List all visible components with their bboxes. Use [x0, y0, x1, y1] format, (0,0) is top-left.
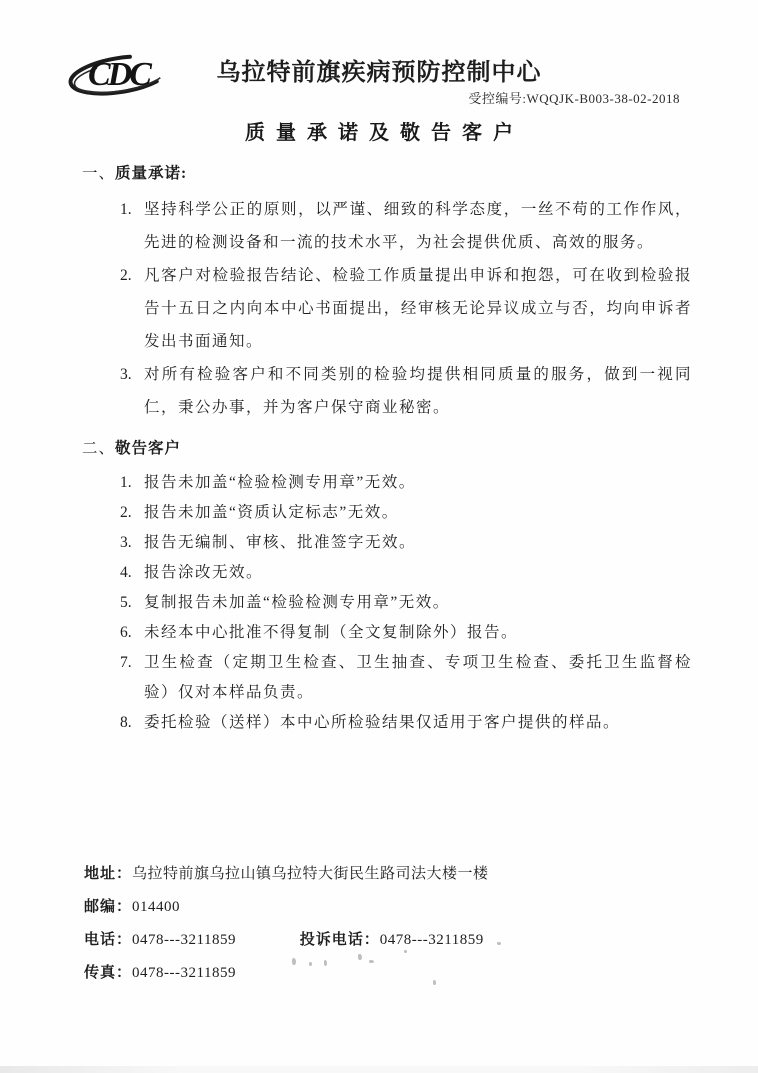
scan-smudge	[497, 942, 501, 945]
scan-smudge	[433, 980, 436, 985]
list-item: 8. 委托检验（送样）本中心所检验结果仅适用于客户提供的样品。	[120, 708, 692, 738]
section1-index: 一、	[82, 165, 115, 182]
item-text: 报告无编制、审核、批准签字无效。	[144, 528, 692, 558]
fax-value: 0478---3211859	[132, 965, 236, 981]
section2-items: 1. 报告未加盖“检验检测专用章”无效。 2. 报告未加盖“资质认定标志”无效。…	[120, 468, 692, 738]
list-item: 2. 凡客户对检验报告结论、检验工作质量提出申诉和抱怨，可在收到检验报告十五日之…	[120, 259, 692, 358]
section1-title: 质量承诺:	[115, 165, 187, 182]
list-item: 5. 复制报告未加盖“检验检测专用章”无效。	[120, 588, 692, 618]
list-item: 6. 未经本中心批准不得复制（全文复制除外）报告。	[120, 618, 692, 648]
fax-row: 传真：0478---3211859	[84, 957, 489, 990]
scan-smudge	[358, 954, 362, 960]
document-title: 质量承诺及敬告客户	[0, 116, 758, 145]
item-number: 6.	[120, 618, 144, 648]
fax-label: 传真：	[84, 965, 132, 981]
address-label: 地址：	[84, 866, 132, 882]
list-item: 2. 报告未加盖“资质认定标志”无效。	[120, 498, 692, 528]
item-number: 2.	[120, 259, 144, 358]
item-text: 未经本中心批准不得复制（全文复制除外）报告。	[144, 618, 692, 648]
postcode-label: 邮编：	[84, 899, 132, 915]
scan-smudge	[292, 958, 296, 965]
item-number: 5.	[120, 588, 144, 618]
item-text: 凡客户对检验报告结论、检验工作质量提出申诉和抱怨，可在收到检验报告十五日之内向本…	[144, 259, 692, 358]
scan-edge-artifact	[0, 1066, 758, 1073]
section2-title: 敬告客户	[115, 440, 181, 457]
document-header: CDC 乌拉特前旗疾病预防控制中心 受控编号:WQQJK-B003-38-02-…	[0, 0, 758, 110]
complaint-phone-group: 投诉电话：0478---3211859	[300, 932, 484, 948]
item-number: 1.	[120, 468, 144, 498]
contact-block: 地址：乌拉特前旗乌拉山镇乌拉特大街民生路司法大楼一楼 邮编：014400 电话：…	[84, 858, 489, 990]
phone-group: 电话：0478---3211859	[84, 924, 296, 957]
organization-name: 乌拉特前旗疾病预防控制中心	[0, 52, 758, 87]
item-text: 对所有检验客户和不同类别的检验均提供相同质量的服务，做到一视同仁，秉公办事，并为…	[144, 358, 692, 424]
scan-smudge	[309, 962, 312, 966]
item-number: 3.	[120, 358, 144, 424]
item-text: 报告未加盖“资质认定标志”无效。	[144, 498, 692, 528]
item-text: 坚持科学公正的原则，以严谨、细致的科学态度，一丝不苟的工作作风，先进的检测设备和…	[144, 193, 692, 259]
section-quality-commitment: 一、质量承诺: 1. 坚持科学公正的原则，以严谨、细致的科学态度，一丝不苟的工作…	[82, 163, 692, 424]
section1-items: 1. 坚持科学公正的原则，以严谨、细致的科学态度，一丝不苟的工作作风，先进的检测…	[120, 193, 692, 424]
phone-value: 0478---3211859	[132, 932, 236, 948]
item-text: 卫生检查（定期卫生检查、卫生抽查、专项卫生检查、委托卫生监督检验）仅对本样品负责…	[144, 648, 692, 708]
item-text: 委托检验（送样）本中心所检验结果仅适用于客户提供的样品。	[144, 708, 692, 738]
postcode-row: 邮编：014400	[84, 891, 489, 924]
item-number: 8.	[120, 708, 144, 738]
section2-index: 二、	[82, 440, 115, 457]
item-number: 1.	[120, 193, 144, 259]
item-text: 报告涂改无效。	[144, 558, 692, 588]
address-row: 地址：乌拉特前旗乌拉山镇乌拉特大街民生路司法大楼一楼	[84, 858, 489, 891]
phone-row: 电话：0478---3211859 投诉电话：0478---3211859	[84, 924, 489, 957]
list-item: 3. 对所有检验客户和不同类别的检验均提供相同质量的服务，做到一视同仁，秉公办事…	[120, 358, 692, 424]
item-text: 报告未加盖“检验检测专用章”无效。	[144, 468, 692, 498]
list-item: 1. 报告未加盖“检验检测专用章”无效。	[120, 468, 692, 498]
item-number: 2.	[120, 498, 144, 528]
list-item: 3. 报告无编制、审核、批准签字无效。	[120, 528, 692, 558]
postcode-value: 014400	[132, 899, 180, 915]
document-body: 一、质量承诺: 1. 坚持科学公正的原则，以严谨、细致的科学态度，一丝不苟的工作…	[0, 145, 758, 738]
list-item: 4. 报告涂改无效。	[120, 558, 692, 588]
item-text: 复制报告未加盖“检验检测专用章”无效。	[144, 588, 692, 618]
section1-heading: 一、质量承诺:	[82, 163, 692, 185]
scan-smudge	[369, 960, 374, 963]
list-item: 7. 卫生检查（定期卫生检查、卫生抽查、专项卫生检查、委托卫生监督检验）仅对本样…	[120, 648, 692, 708]
complaint-phone-value: 0478---3211859	[380, 932, 484, 948]
item-number: 4.	[120, 558, 144, 588]
scan-smudge	[324, 960, 327, 966]
list-item: 1. 坚持科学公正的原则，以严谨、细致的科学态度，一丝不苟的工作作风，先进的检测…	[120, 193, 692, 259]
controlled-number: 受控编号:WQQJK-B003-38-02-2018	[468, 88, 680, 107]
section-customer-notice: 二、敬告客户 1. 报告未加盖“检验检测专用章”无效。 2. 报告未加盖“资质认…	[82, 438, 692, 738]
phone-label: 电话：	[84, 932, 132, 948]
scanned-document-page: CDC 乌拉特前旗疾病预防控制中心 受控编号:WQQJK-B003-38-02-…	[0, 0, 758, 1073]
item-number: 7.	[120, 648, 144, 708]
scan-smudge	[404, 950, 407, 953]
item-number: 3.	[120, 528, 144, 558]
complaint-phone-label: 投诉电话：	[300, 932, 380, 948]
section2-heading: 二、敬告客户	[82, 438, 692, 460]
address-value: 乌拉特前旗乌拉山镇乌拉特大街民生路司法大楼一楼	[132, 866, 489, 882]
